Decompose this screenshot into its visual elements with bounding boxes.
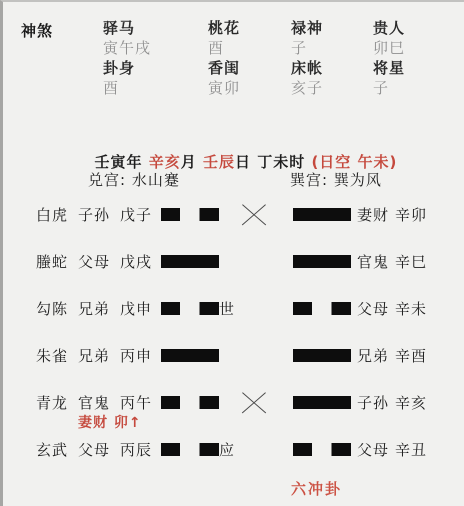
- hexagram-row-6: 白虎 子孙 戊子 妻财 辛卯: [3, 191, 464, 238]
- relation: 官鬼: [78, 392, 120, 413]
- hexagram-row-5: 螣蛇 父母 戊戌 官鬼 辛巳: [3, 238, 464, 285]
- shensha-name: 床帐: [291, 58, 373, 78]
- stem-branch: 戊戌: [120, 251, 161, 272]
- six-spirit: 螣蛇: [36, 251, 78, 272]
- shensha-value: 子: [291, 38, 373, 58]
- yao-line-left: [161, 349, 219, 362]
- hexagram-row-4: 勾陈 兄弟 戊申 世 父母 辛未: [3, 285, 464, 332]
- shensha-value: 亥子: [291, 78, 373, 98]
- shensha-section: 神煞 驿马 寅午戌 卦身 酉 桃花 酉 香闺 寅卯 禄神 子 床帐 亥子 贵人 …: [21, 18, 460, 98]
- stem-branch: 丙申: [120, 345, 161, 366]
- shensha-column-taohua: 桃花 酉 香闺 寅卯: [208, 18, 291, 98]
- stem-branch: 辛卯: [395, 204, 427, 225]
- shensha-name: 驿马: [103, 18, 208, 38]
- six-spirit: 白虎: [36, 204, 78, 225]
- six-spirit: 朱雀: [36, 345, 78, 366]
- yao-line-left: [161, 302, 219, 315]
- shi-ying-marker: 应: [219, 439, 241, 460]
- relation: 父母: [78, 251, 120, 272]
- yao-line-right: [293, 255, 351, 268]
- six-spirit: 玄武: [36, 439, 78, 460]
- shensha-column-yima: 驿马 寅午戌 卦身 酉: [103, 18, 208, 98]
- shensha-value: 子: [373, 78, 460, 98]
- shensha-column-guiren: 贵人 卯巳 将星 子: [373, 18, 460, 98]
- stem-branch: 丙辰: [120, 439, 161, 460]
- stem-branch: 戊申: [120, 298, 161, 319]
- hexagram-row-3: 朱雀 兄弟 丙申 兄弟 辛酉: [3, 332, 464, 379]
- stem-branch: 辛酉: [395, 345, 427, 366]
- hexagram-row-1: 玄武 父母 丙辰 应 父母 辛丑: [3, 426, 464, 473]
- relation: 子孙: [78, 204, 120, 225]
- shensha-name: 贵人: [373, 18, 460, 38]
- yao-line-right: [293, 396, 351, 409]
- six-spirit: 青龙: [36, 392, 78, 413]
- stem-branch: 辛亥: [395, 392, 427, 413]
- six-spirit: 勾陈: [36, 298, 78, 319]
- stem-branch: 辛丑: [395, 439, 427, 460]
- hexagram-section: 白虎 子孙 戊子 妻财 辛卯 螣蛇 父母 戊戌 官鬼 辛巳 勾陈 兄弟: [3, 191, 464, 473]
- yao-line-left: [161, 396, 219, 409]
- shensha-value: 酉: [103, 78, 208, 98]
- yao-line-right: [293, 208, 351, 221]
- shensha-value: 寅卯: [208, 78, 291, 98]
- yao-line-left: [161, 443, 219, 456]
- shensha-value: 酉: [208, 38, 291, 58]
- main-hexagram-palace: 兑宫: 水山蹇: [88, 169, 180, 190]
- relation: 父母: [357, 298, 389, 319]
- shensha-name: 将星: [373, 58, 460, 78]
- relation: 官鬼: [357, 251, 389, 272]
- relation: 父母: [78, 439, 120, 460]
- yao-line-left: [161, 208, 219, 221]
- stem-branch: 辛未: [395, 298, 427, 319]
- shensha-name: 香闺: [208, 58, 291, 78]
- stem-branch: 辛巳: [395, 251, 427, 272]
- shensha-name: 卦身: [103, 58, 208, 78]
- yao-line-left: [161, 255, 219, 268]
- relation: 兄弟: [357, 345, 389, 366]
- relation: 兄弟: [78, 345, 120, 366]
- yao-line-right: [293, 349, 351, 362]
- shensha-title: 神煞: [21, 18, 103, 98]
- changing-line-icon: [241, 203, 267, 227]
- relation: 父母: [357, 439, 389, 460]
- shensha-value: 卯巳: [373, 38, 460, 58]
- relation: 兄弟: [78, 298, 120, 319]
- shensha-name: 禄神: [291, 18, 373, 38]
- palace-header-line: 兑宫: 水山蹇 巽宫: 巽为风: [3, 169, 464, 189]
- changing-line-icon: [241, 391, 267, 415]
- shi-ying-marker: 世: [219, 298, 241, 319]
- shensha-value: 寅午戌: [103, 38, 208, 58]
- hexagram-row-2: 青龙 官鬼 丙午 子孙 辛亥 妻财 卯↑: [3, 379, 464, 426]
- relation: 子孙: [357, 392, 389, 413]
- stem-branch: 戊子: [120, 204, 161, 225]
- stem-branch: 丙午: [120, 392, 161, 413]
- yao-line-right: [293, 443, 351, 456]
- yao-line-right: [293, 302, 351, 315]
- six-clash-label: 六冲卦: [291, 478, 342, 499]
- liuyao-chart: 神煞 驿马 寅午戌 卦身 酉 桃花 酉 香闺 寅卯 禄神 子 床帐 亥子 贵人 …: [0, 0, 464, 506]
- changed-hexagram-palace: 巽宫: 巽为风: [290, 169, 382, 190]
- shensha-name: 桃花: [208, 18, 291, 38]
- shensha-column-lushen: 禄神 子 床帐 亥子: [291, 18, 373, 98]
- relation: 妻财: [357, 204, 389, 225]
